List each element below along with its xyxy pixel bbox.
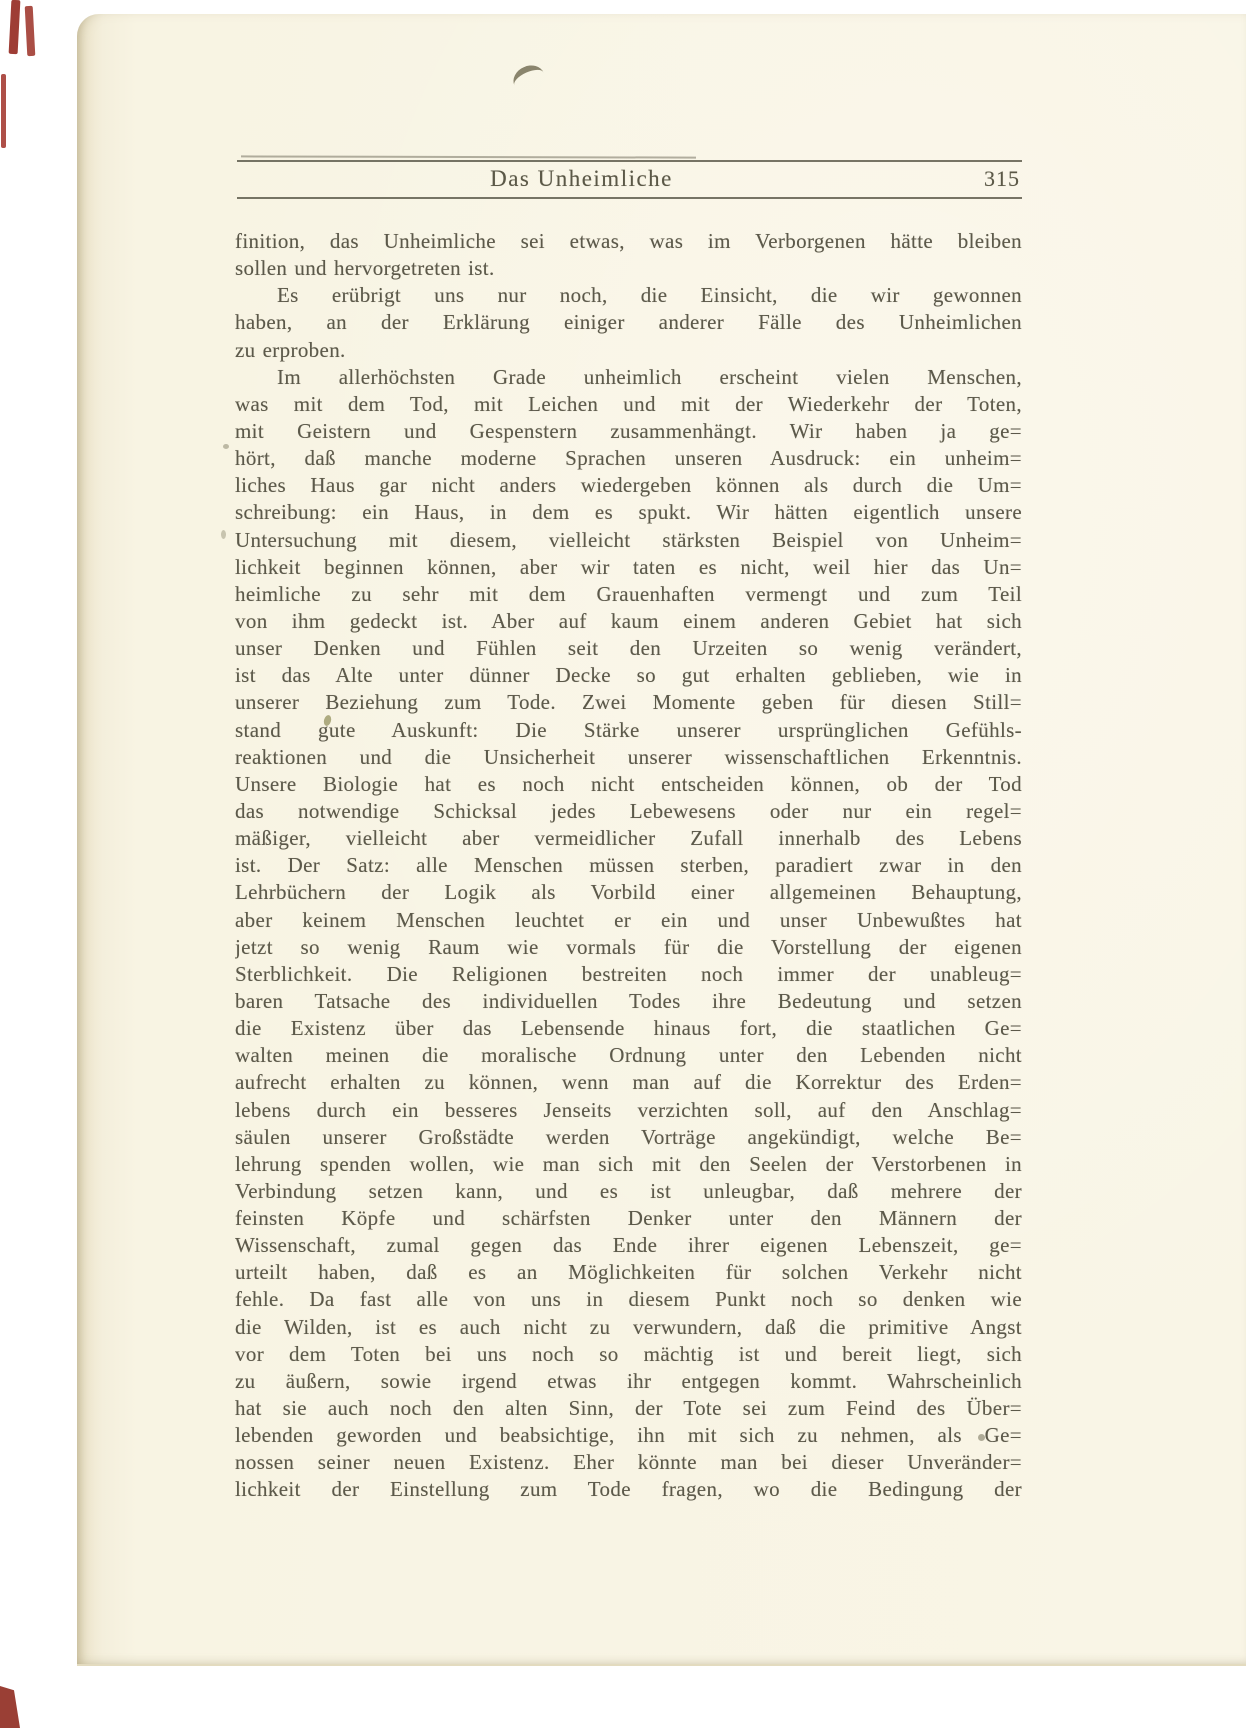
text-line: lebenden geworden und beabsichtige, ihn …	[235, 1422, 1022, 1449]
text-line: mit Geistern und Gespenstern zusammenhän…	[235, 418, 1022, 445]
text-line: mäßiger, vielleicht aber vermeidlicher Z…	[235, 825, 1022, 852]
text-line: ist. Der Satz: alle Menschen müssen ster…	[235, 852, 1022, 879]
text-line: unserer Beziehung zum Tode. Zwei Momente…	[235, 689, 1022, 716]
text-line: finition, das Unheimliche sei etwas, was…	[235, 228, 1022, 255]
text-line: walten meinen die moralische Ordnung unt…	[235, 1042, 1022, 1069]
header-row: Das Unheimliche 315	[237, 164, 1022, 194]
text-line: liches Haus gar nicht anders wiedergeben…	[235, 472, 1022, 499]
text-line: heimliche zu sehr mit dem Grauenhaften v…	[235, 581, 1022, 608]
text-line: hört, daß manche moderne Sprachen unsere…	[235, 445, 1022, 472]
text-line: schreibung: ein Haus, in dem es spukt. W…	[235, 499, 1022, 526]
body-text: finition, das Unheimliche sei etwas, was…	[235, 228, 1022, 1504]
margin-speck	[978, 1434, 985, 1441]
text-line: jetzt so wenig Raum wie vormals für die …	[235, 934, 1022, 961]
text-line: reaktionen und die Unsicherheit unserer …	[235, 744, 1022, 771]
text-line: die Wilden, ist es auch nicht zu verwund…	[235, 1314, 1022, 1341]
text-line: nossen seiner neuen Existenz. Eher könnt…	[235, 1449, 1022, 1476]
text-line: sollen und hervorgetreten ist.	[235, 255, 1022, 282]
text-line: feinsten Köpfe und schärfsten Denker unt…	[235, 1205, 1022, 1232]
red-pen-mark	[1, 74, 6, 148]
text-line: haben, an der Erklärung einiger anderer …	[235, 309, 1022, 336]
running-head-title: Das Unheimliche	[490, 164, 673, 194]
text-line: lebens durch ein besseres Jenseits verzi…	[235, 1097, 1022, 1124]
text-line: von ihm gedeckt ist. Aber auf kaum einem…	[235, 608, 1022, 635]
text-line: zu äußern, sowie irgend etwas ihr entgeg…	[235, 1368, 1022, 1395]
text-line: Sterblichkeit. Die Religionen bestreiten…	[235, 961, 1022, 988]
text-line: aufrecht erhalten zu können, wenn man au…	[235, 1069, 1022, 1096]
text-line: die Existenz über das Lebensende hinaus …	[235, 1015, 1022, 1042]
text-line: vor dem Toten bei uns noch so mächtig is…	[235, 1341, 1022, 1368]
text-line: lichkeit beginnen können, aber wir taten…	[235, 554, 1022, 581]
text-line: lehrung spenden wollen, wie man sich mit…	[235, 1151, 1022, 1178]
red-pen-mark	[25, 6, 36, 56]
text-line: Wissenschaft, zumal gegen das Ende ihrer…	[235, 1232, 1022, 1259]
text-line: lichkeit der Einstellung zum Tode fragen…	[235, 1476, 1022, 1503]
text-line: stand gute Auskunft: Die Stärke unserer …	[235, 717, 1022, 744]
red-pen-mark	[0, 1686, 20, 1728]
header-rule-top	[237, 160, 1022, 162]
margin-speck	[221, 530, 226, 539]
text-line: zu erproben.	[235, 337, 1022, 364]
margin-speck	[223, 444, 229, 449]
header-rule-bottom	[237, 197, 1022, 199]
text-line: Unsere Biologie hat es noch nicht entsch…	[235, 771, 1022, 798]
scanned-document: Das Unheimliche 315 finition, das Unheim…	[0, 0, 1246, 1728]
ink-smudge	[509, 61, 549, 98]
red-pen-mark	[9, 0, 21, 54]
text-line: urteilt haben, daß es an Möglichkeiten f…	[235, 1259, 1022, 1286]
text-line: Lehrbüchern der Logik als Vorbild einer …	[235, 879, 1022, 906]
book-page: Das Unheimliche 315 finition, das Unheim…	[77, 14, 1246, 1666]
text-line: aber keinem Menschen leuchtet er ein und…	[235, 907, 1022, 934]
text-line: Verbindung setzen kann, und es ist unleu…	[235, 1178, 1022, 1205]
page-number: 315	[984, 164, 1020, 194]
text-line: ist das Alte unter dünner Decke so gut e…	[235, 662, 1022, 689]
running-head: Das Unheimliche 315	[237, 160, 1022, 194]
text-line: säulen unserer Großstädte werden Vorträg…	[235, 1124, 1022, 1151]
text-line: Untersuchung mit diesem, vielleicht stär…	[235, 527, 1022, 554]
text-line: das notwendige Schicksal jedes Lebewesen…	[235, 798, 1022, 825]
text-line: baren Tatsache des individuellen Todes i…	[235, 988, 1022, 1015]
text-line: Im allerhöchsten Grade unheimlich ersche…	[235, 364, 1022, 391]
text-line: hat sie auch noch den alten Sinn, der To…	[235, 1395, 1022, 1422]
text-line: Es erübrigt uns nur noch, die Einsicht, …	[235, 282, 1022, 309]
text-line: was mit dem Tod, mit Leichen und mit der…	[235, 391, 1022, 418]
text-line: unser Denken und Fühlen seit den Urzeite…	[235, 635, 1022, 662]
text-line: fehle. Da fast alle von uns in diesem Pu…	[235, 1286, 1022, 1313]
